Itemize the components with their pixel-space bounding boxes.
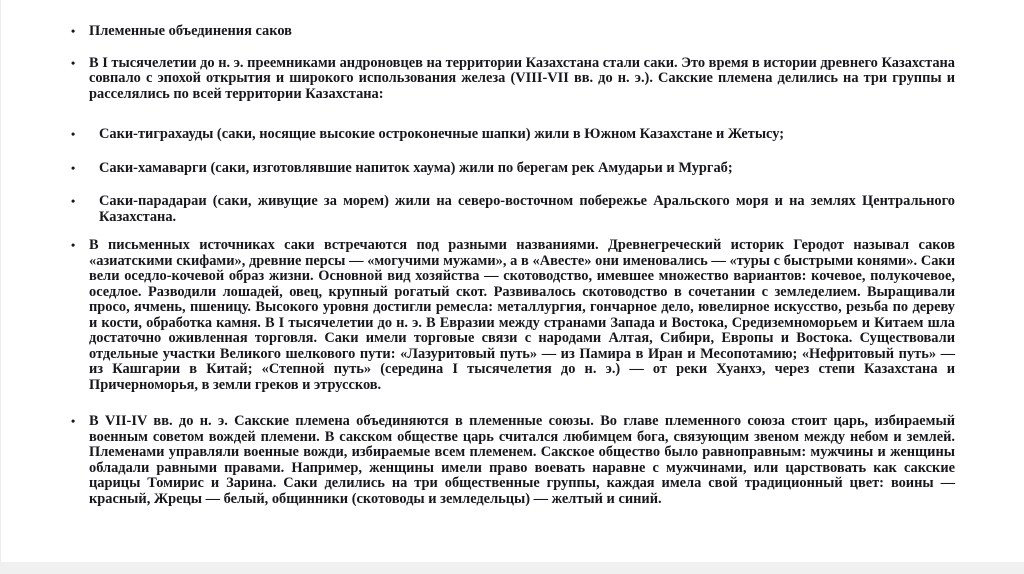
bullet-icon: • bbox=[71, 127, 75, 143]
bullet-text: Саки-парадараи (саки, живущие за морем) … bbox=[99, 193, 955, 225]
bullet-item-sources: • В письменных источниках саки встречают… bbox=[89, 238, 955, 393]
bullet-text: В VII-IV вв. до н. э. Сакские племена об… bbox=[89, 413, 955, 507]
bullet-item-intro: • В I тысячелетии до н. э. преемниками а… bbox=[89, 56, 955, 103]
bullet-text: В I тысячелетии до н. э. преемниками анд… bbox=[89, 55, 955, 102]
bullet-item-tigrahaudy: • Саки-тиграхауды (саки, носящие высокие… bbox=[89, 127, 955, 143]
bullet-item-hamavargi: • Саки-хамаварги (саки, изготовлявшие на… bbox=[89, 161, 955, 177]
bullet-text: Саки-хамаварги (саки, изготовлявшие напи… bbox=[99, 160, 733, 176]
bullet-text: В письменных источниках саки встречаются… bbox=[89, 237, 955, 393]
bullet-icon: • bbox=[71, 56, 75, 72]
slide-title: Племенные объединения саков bbox=[89, 23, 292, 39]
bullet-icon: • bbox=[71, 194, 75, 210]
bullet-item-unions: • В VII-IV вв. до н. э. Сакские племена … bbox=[89, 414, 955, 507]
bullet-icon: • bbox=[71, 24, 75, 40]
bullet-icon: • bbox=[71, 161, 75, 177]
bullet-icon: • bbox=[71, 414, 75, 430]
slide-title-item: • Племенные объединения саков bbox=[89, 24, 955, 40]
presentation-slide: • Племенные объединения саков • В I тыся… bbox=[0, 0, 1024, 562]
bullet-icon: • bbox=[71, 238, 75, 254]
bullet-text: Саки-тиграхауды (саки, носящие высокие о… bbox=[99, 126, 784, 142]
bullet-item-paradarai: • Саки-парадараи (саки, живущие за морем… bbox=[89, 194, 955, 225]
